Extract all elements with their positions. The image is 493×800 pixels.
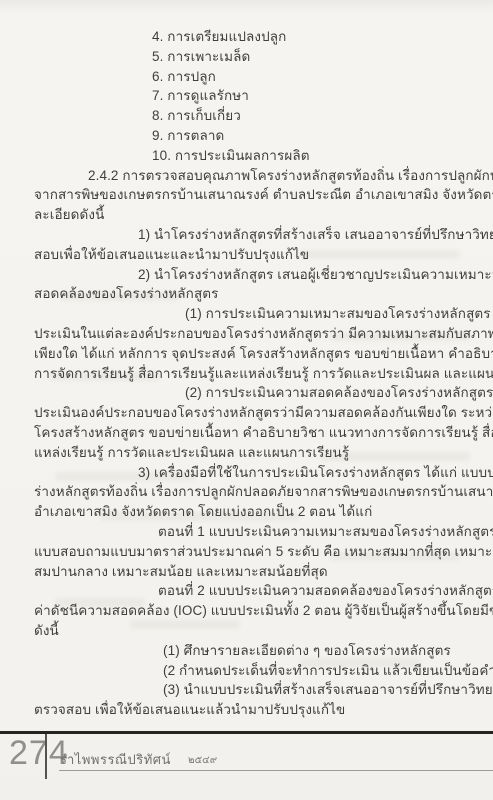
text-line: 4. การเตรียมแปลงปลูก [0,27,493,47]
text-line: ประเมินองค์ประกอบของโครงร่างหลักสูตรว่าม… [0,403,493,423]
text-line: (2) การประเมินความสอดคล้องของโครงร่างหลั… [0,383,493,403]
text-line: ตอนที่ 1 แบบประเมินความเหมาะสมของโครงร่า… [0,522,493,542]
text-line: สอบเพื่อให้ข้อเสนอแนะและนำมาปรับปรุงแก้ไ… [0,245,493,265]
text-line: ร่างหลักสูตรท้องถิ่น เรื่องการปลูกผักปลอ… [0,482,493,502]
text-line: 9. การตลาด [0,126,493,146]
scanned-document-page: 4. การเตรียมแปลงปลูก5. การเพาะเมล็ด6. กา… [0,0,493,800]
text-line: ตรวจสอบ เพื่อให้ข้อเสนอแนะแล้วนำมาปรับปร… [0,700,493,720]
text-line: 2) นำโครงร่างหลักสูตร เสนอผู้เชี่ยวชาญปร… [0,265,493,285]
text-line: 2.4.2 การตรวจสอบคุณภาพโครงร่างหลักสูตรท้… [0,166,493,186]
text-line: อำเภอเขาสมิง จังหวัดตราด โดยแบ่งออกเป็น … [0,502,493,522]
text-line: 3) เครื่องมือที่ใช้ในการประเมินโครงร่างห… [0,463,493,483]
text-line: 1) นำโครงร่างหลักสูตรที่สร้างเสร็จ เสนออ… [0,225,493,245]
text-line: ละเอียดดังนี้ [0,205,493,225]
text-line: ตอนที่ 2 แบบประเมินความสอดคล้องของโครงร่… [0,581,493,601]
text-line: (3) นำแบบประเมินที่สร้างเสร็จเสนออาจารย์… [0,680,493,700]
text-line: 5. การเพาะเมล็ด [0,47,493,67]
text-line: โครงสร้างหลักสูตร ขอบข่ายเนื้อหา คำอธิบา… [0,423,493,443]
document-body: 4. การเตรียมแปลงปลูก5. การเพาะเมล็ด6. กา… [0,27,493,720]
footer-vertical-divider [45,734,47,779]
text-line: ค่าดัชนีความสอดคล้อง (IOC) แบบประเมินทั้… [0,601,493,621]
text-line: ประเมินในแต่ละองค์ประกอบของโครงร่างหลักส… [0,324,493,344]
text-line: การจัดการเรียนรู้ สื่อการเรียนรู้และแหล่… [0,364,493,384]
footer-divider-rule [0,731,493,734]
text-line: (2 กำหนดประเด็นที่จะทำการประเมิน แล้วเขี… [0,661,493,681]
text-line: 6. การปลูก [0,67,493,87]
text-line: จากสารพิษของเกษตรกรบ้านเสนาณรงค์ ตำบลประ… [0,185,493,205]
text-line: สมปานกลาง เหมาะสมน้อย และเหมาะสมน้อยที่ส… [0,562,493,582]
text-line: ดังนี้ [0,621,493,641]
journal-year-thai-numerals: ๒๕๔๙ [188,753,217,768]
text-line: แบบสอบถามแบบมาตราส่วนประมาณค่า 5 ระดับ ค… [0,542,493,562]
text-line: (1) การประเมินความเหมาะสมของโครงร่างหลัก… [0,304,493,324]
text-line: แหล่งเรียนรู้ การวัดและประเมินผล และแผนก… [0,443,493,463]
text-line: เพียงใด ได้แก่ หลักการ จุดประสงค์ โครงสร… [0,344,493,364]
text-line: สอดคล้องของโครงร่างหลักสูตร [0,284,493,304]
text-line: 7. การดูแลรักษา [0,86,493,106]
footer-underline-rule [59,770,493,771]
text-line: 10. การประเมินผลการผลิต [0,146,493,166]
text-line: (1) ศึกษารายละเอียดต่าง ๆ ของโครงร่างหลั… [0,641,493,661]
text-line: 8. การเก็บเกี่ยว [0,106,493,126]
journal-name: รำไพพรรณีปริทัศน์ [60,749,171,770]
